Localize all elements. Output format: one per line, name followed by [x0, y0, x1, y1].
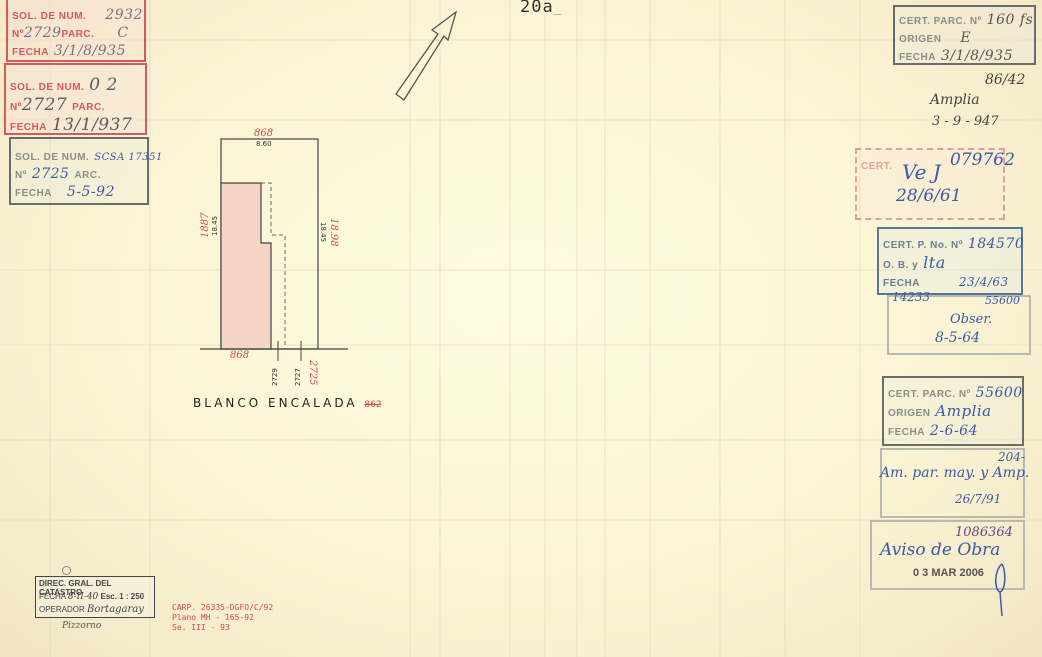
- stamp-sol-num-2: SOL. DE NUM. 0 2 Nº2727 PARC. FECHA 13/1…: [4, 63, 147, 135]
- left-depth-red: 1887: [200, 213, 211, 238]
- operator-signature: Pizzorno: [62, 621, 101, 631]
- left-depth-black: 18.45: [211, 216, 219, 236]
- stamp-sol-num-3: SOL. DE NUM. SCSA 17351 Nº 2725 ARC. FEC…: [9, 137, 149, 205]
- stamp-sol-num-1: SOL. DE NUM. 2932 Nº2729PARC. C FECHA 3/…: [6, 0, 146, 62]
- right-depth-red: 18.98: [328, 218, 339, 247]
- door-number-2729: 2729: [271, 368, 279, 386]
- bottom-red-notes: CARP. 26335-DGFO/C/92 Plano MH - 165-92 …: [172, 603, 273, 633]
- bottom-frontage-red: 868: [230, 350, 249, 361]
- note-aviso-de-obra: Aviso de Obra: [880, 540, 1000, 560]
- cert-number-079762: 079762: [950, 150, 1015, 170]
- catastro-stamp: DIREC. GRAL. DEL CATASTRO FECHA 8-II-40 …: [35, 576, 155, 618]
- street-name: BLANCO ENCALADA 862: [193, 396, 382, 410]
- note-date-1991: 26/7/91: [955, 492, 1001, 506]
- note-number-86-42: 86/42: [985, 72, 1025, 88]
- red-note-carp: CARP. 26335-DGFO/C/92: [172, 603, 273, 613]
- red-note-plano: Plano MH - 165-92: [172, 613, 273, 623]
- note-date-1961: 28/6/61: [896, 186, 962, 206]
- note-obser: Obser.: [950, 312, 992, 327]
- note-1086364: 1086364: [955, 525, 1013, 540]
- struck-street-number: 862: [364, 400, 381, 410]
- note-14233: 14233: [892, 290, 930, 304]
- note-204: 204-: [998, 450, 1025, 464]
- date-stamp-2006: 0 3 MAR 2006: [913, 567, 984, 579]
- top-frontage-red: 868: [254, 128, 273, 139]
- note-ve-j: Ve J: [902, 160, 941, 184]
- door-number-2727: 2727: [294, 368, 302, 386]
- top-frontage-black: 8.60: [256, 140, 272, 148]
- stamp-cert-parc-3: CERT. P. No. Nº 184570 O. B. y lta FECHA…: [877, 227, 1023, 295]
- note-date-1964a: 8-5-64: [935, 330, 980, 346]
- right-depth-black: 18.45: [319, 222, 327, 242]
- stamp-cert-parc-1: CERT. PARC. Nº 160 fs ORIGEN E FECHA 3/1…: [893, 5, 1036, 65]
- stamp-cert-parc-4: CERT. PARC. Nº 55600 ORIGEN Amplia FECHA…: [882, 376, 1024, 446]
- note-am-par-may: Am. par. may. y Amp.: [880, 465, 1029, 481]
- note-amplia: Amplia: [930, 92, 980, 108]
- door-number-2725: 2725: [307, 360, 318, 385]
- circle-mark: [62, 566, 71, 575]
- north-arrow-icon: [390, 8, 462, 103]
- note-date-1947: 3 - 9 - 947: [932, 114, 999, 129]
- signature-mark: [990, 560, 1010, 620]
- note-55600: 55600: [985, 294, 1020, 307]
- page-number: 20a_: [520, 0, 562, 17]
- red-note-se: Se. III - 93: [172, 623, 273, 633]
